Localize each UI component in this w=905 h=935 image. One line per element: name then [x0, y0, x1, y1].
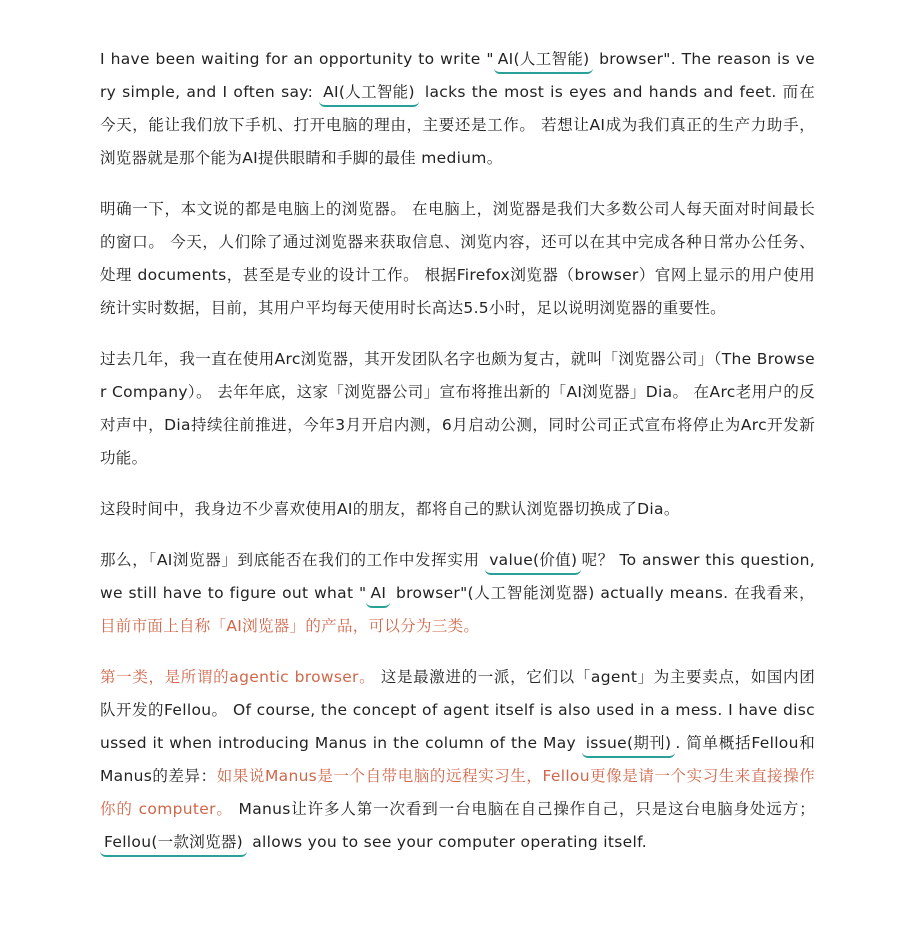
term-annotation-issue[interactable]: issue(期刊) [582, 730, 676, 758]
paragraph-friends-switch: 这段时间中，我身边不少喜欢使用AI的朋友，都将自己的默认浏览器切换成了Dia。 [100, 493, 815, 526]
text-segment: browser"(人工智能浏览器) actually means. 在我看来， [390, 584, 815, 602]
highlighted-text: 目前市面上自称「AI浏览器」的产品，可以分为三类。 [100, 617, 479, 635]
paragraph-three-types: 那么，「AI浏览器」到底能否在我们的工作中发挥实用 value(价值)呢？ To… [100, 544, 815, 643]
term-annotation-ai[interactable]: AI(人工智能) [319, 79, 419, 107]
highlighted-text: 第一类，是所谓的agentic browser。 [100, 668, 375, 686]
term-annotation-ai[interactable]: AI [366, 580, 390, 608]
paragraph-agentic-browser: 第一类，是所谓的agentic browser。 这是最激进的一派，它们以「ag… [100, 661, 815, 859]
text-segment: 那么，「AI浏览器」到底能否在我们的工作中发挥实用 [100, 551, 485, 569]
text-segment: I have been waiting for an opportunity t… [100, 50, 494, 68]
text-segment: Manus让许多人第一次看到一台电脑在自己操作自己，只是这台电脑身处远方； [233, 800, 815, 818]
text-segment: 过去几年，我一直在使用Arc浏览器，其开发团队名字也颇为复古，就叫「浏览器公司」… [100, 350, 815, 467]
text-segment: 明确一下，本文说的都是电脑上的浏览器。 在电脑上，浏览器是我们大多数公司人每天面… [100, 200, 815, 317]
paragraph-browser-importance: 明确一下，本文说的都是电脑上的浏览器。 在电脑上，浏览器是我们大多数公司人每天面… [100, 193, 815, 325]
term-annotation-fellou[interactable]: Fellou(一款浏览器) [100, 829, 247, 857]
term-annotation-value[interactable]: value(价值) [485, 547, 581, 575]
paragraph-intro: I have been waiting for an opportunity t… [100, 43, 815, 175]
text-segment: 这段时间中，我身边不少喜欢使用AI的朋友，都将自己的默认浏览器切换成了Dia。 [100, 500, 680, 518]
paragraph-arc-dia: 过去几年，我一直在使用Arc浏览器，其开发团队名字也颇为复古，就叫「浏览器公司」… [100, 343, 815, 475]
text-segment: allows you to see your computer operatin… [247, 833, 647, 851]
term-annotation-ai[interactable]: AI(人工智能) [494, 46, 594, 74]
article-body: I have been waiting for an opportunity t… [100, 43, 815, 877]
